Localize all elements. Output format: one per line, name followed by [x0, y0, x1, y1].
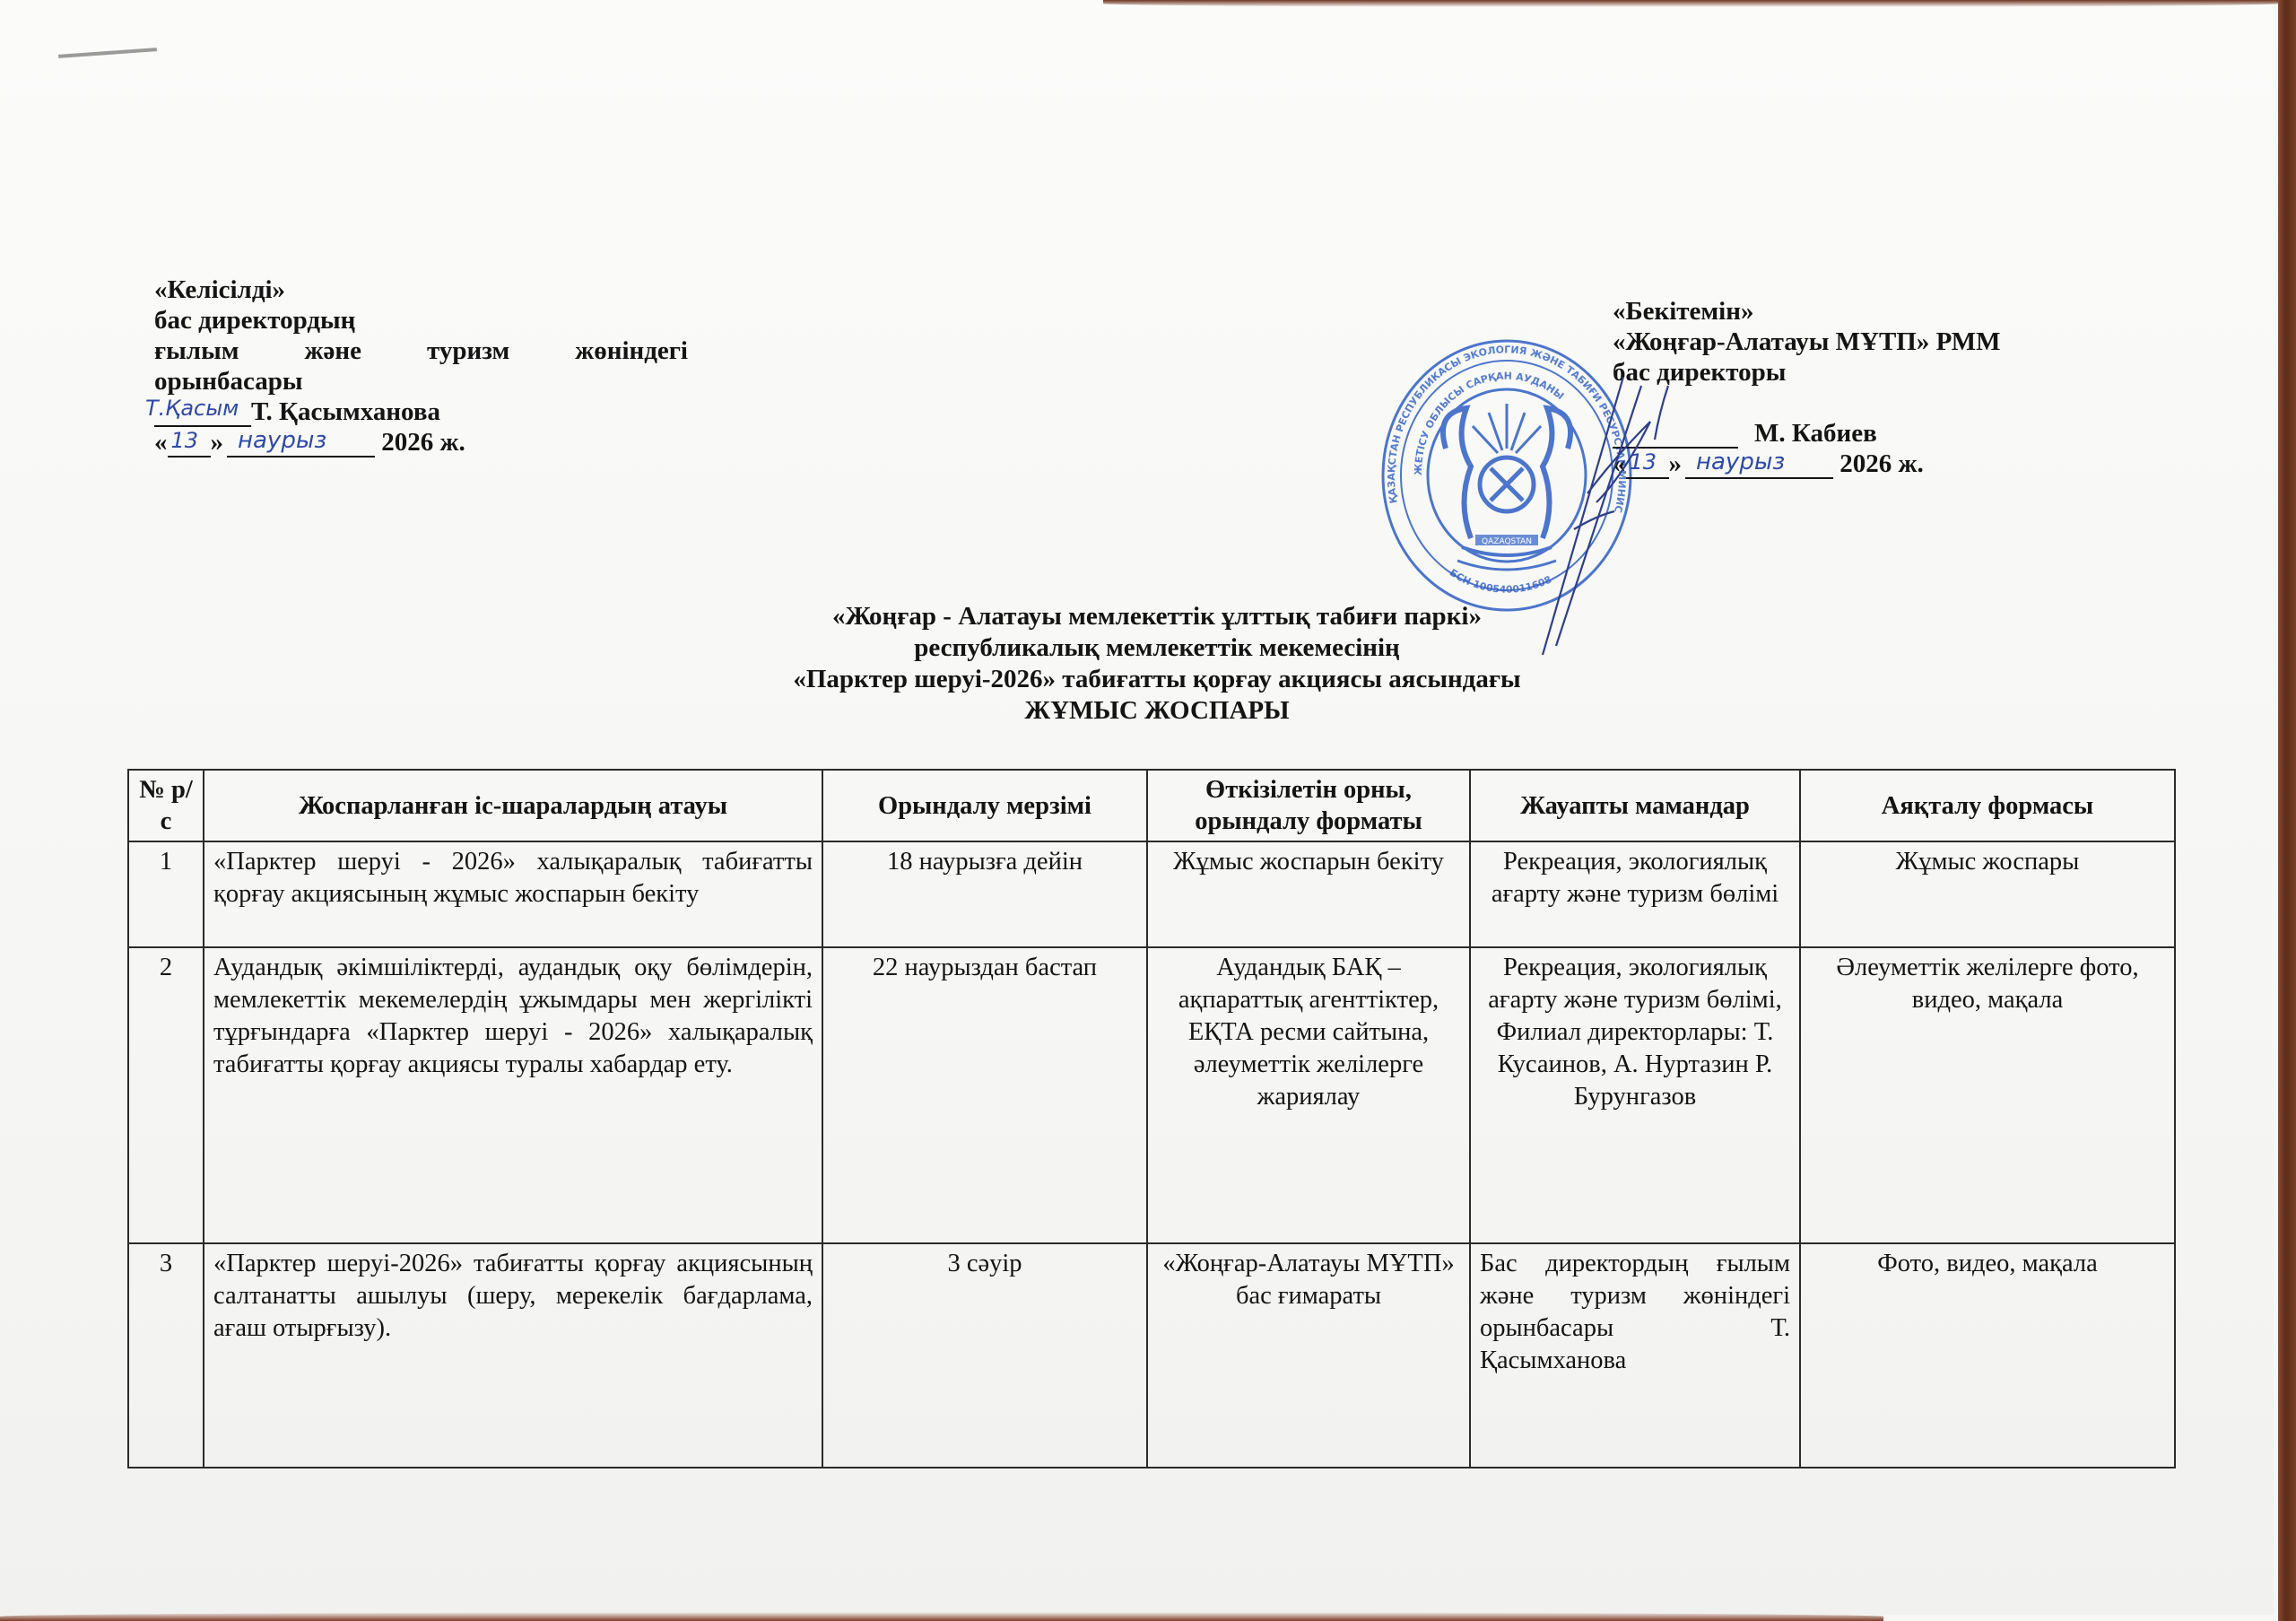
- cell-event-name: «Парктер шеруі - 2026» халықаралық табиғ…: [204, 841, 822, 947]
- table-row: 2 Аудандық әкімшіліктерді, аудандық оқу …: [128, 947, 2175, 1243]
- approval-position-line: бас директордың: [154, 305, 688, 336]
- signature-line: Т.Қасым Т. Қасымханова: [154, 397, 688, 427]
- cell-event-name: «Парктер шеруі-2026» табиғатты қорғау ак…: [204, 1243, 822, 1468]
- column-header-number: № р/с: [128, 770, 204, 841]
- background-desk-edge: [2278, 0, 2296, 1621]
- approval-organization: «Жоңғар-Алатауы МҰТП» РММ: [1613, 327, 2115, 357]
- title-line: республикалық мемлекеттік мекемесінің: [574, 632, 1740, 664]
- document-title: «Жоңғар - Алатауы мемлекеттік ұлттық таб…: [574, 601, 1740, 727]
- cell-responsible: Рекреация, экологиялық ағарту және туриз…: [1470, 841, 1800, 947]
- cell-number: 3: [128, 1243, 204, 1468]
- cell-number: 2: [128, 947, 204, 1243]
- date-year: 2026 ж.: [1839, 449, 1924, 478]
- date-year: 2026 ж.: [381, 428, 465, 457]
- signature-field: Т.Қасым: [154, 400, 251, 427]
- title-line: «Парктер шеруі-2026» табиғатты қорғау ак…: [574, 664, 1740, 695]
- cell-deadline: 18 наурызға дейін: [822, 841, 1147, 947]
- cell-number: 1: [128, 841, 204, 947]
- cell-place: Аудандық БАҚ – ақпараттық агенттіктер, Е…: [1147, 947, 1470, 1243]
- cell-result: Фото, видео, мақала: [1800, 1243, 2175, 1468]
- background-desk-edge: [0, 1612, 1883, 1621]
- column-header-event-name: Жоспарланған іс-шаралардың атауы: [204, 770, 822, 841]
- signer-name: Т. Қасымханова: [251, 397, 440, 426]
- table-header-row: № р/с Жоспарланған іс-шаралардың атауы О…: [128, 770, 2175, 841]
- approval-date: «13»наурыз 2026 ж.: [154, 427, 688, 458]
- column-header-deadline: Орындалу мерзімі: [822, 770, 1147, 841]
- column-header-result: Аяқталу формасы: [1800, 770, 2175, 841]
- title-heading: ЖҰМЫС ЖОСПАРЫ: [574, 695, 1740, 727]
- cell-deadline: 3 сәуір: [822, 1243, 1147, 1468]
- work-plan-table: № р/с Жоспарланған іс-шаралардың атауы О…: [127, 769, 2176, 1468]
- title-line: «Жоңғар - Алатауы мемлекеттік ұлттық таб…: [574, 601, 1740, 632]
- cell-deadline: 22 наурыздан бастап: [822, 947, 1147, 1243]
- cell-result: Әлеуметтік желілерге фото, видео, мақала: [1800, 947, 2175, 1243]
- handwritten-signature: Т.Қасым: [145, 393, 239, 423]
- approval-block-agreed: «Келісілді» бас директордың ғылым және т…: [154, 275, 688, 458]
- cell-responsible: Бас директордың ғылым және туризм жөнінд…: [1470, 1243, 1800, 1468]
- approval-position-line: ғылым және туризм жөніндегі: [154, 336, 688, 366]
- cell-result: Жұмыс жоспары: [1800, 841, 2175, 947]
- approval-heading: «Келісілді»: [154, 275, 688, 305]
- background-desk-edge: [1103, 0, 2278, 7]
- approval-heading: «Бекітемін»: [1613, 296, 2115, 327]
- table-row: 3 «Парктер шеруі-2026» табиғатты қорғау …: [128, 1243, 2175, 1468]
- signer-name: М. Кабиев: [1754, 419, 1877, 448]
- table-row: 1 «Парктер шеруі - 2026» халықаралық таб…: [128, 841, 2175, 947]
- cell-place: «Жоңғар-Алатауы МҰТП» бас ғимараты: [1147, 1243, 1470, 1468]
- handwritten-day: 13: [171, 425, 199, 456]
- column-header-responsible: Жауапты мамандар: [1470, 770, 1800, 841]
- cell-event-name: Аудандық әкімшіліктерді, аудандық оқу бө…: [204, 947, 822, 1243]
- cell-place: Жұмыс жоспарын бекіту: [1147, 841, 1470, 947]
- cell-responsible: Рекреация, экологиялық ағарту және туриз…: [1470, 947, 1800, 1243]
- approval-position-line: орынбасары: [154, 366, 688, 397]
- column-header-place: Өткізілетін орны, орындалу форматы: [1147, 770, 1470, 841]
- handwritten-month: наурыз: [238, 425, 326, 456]
